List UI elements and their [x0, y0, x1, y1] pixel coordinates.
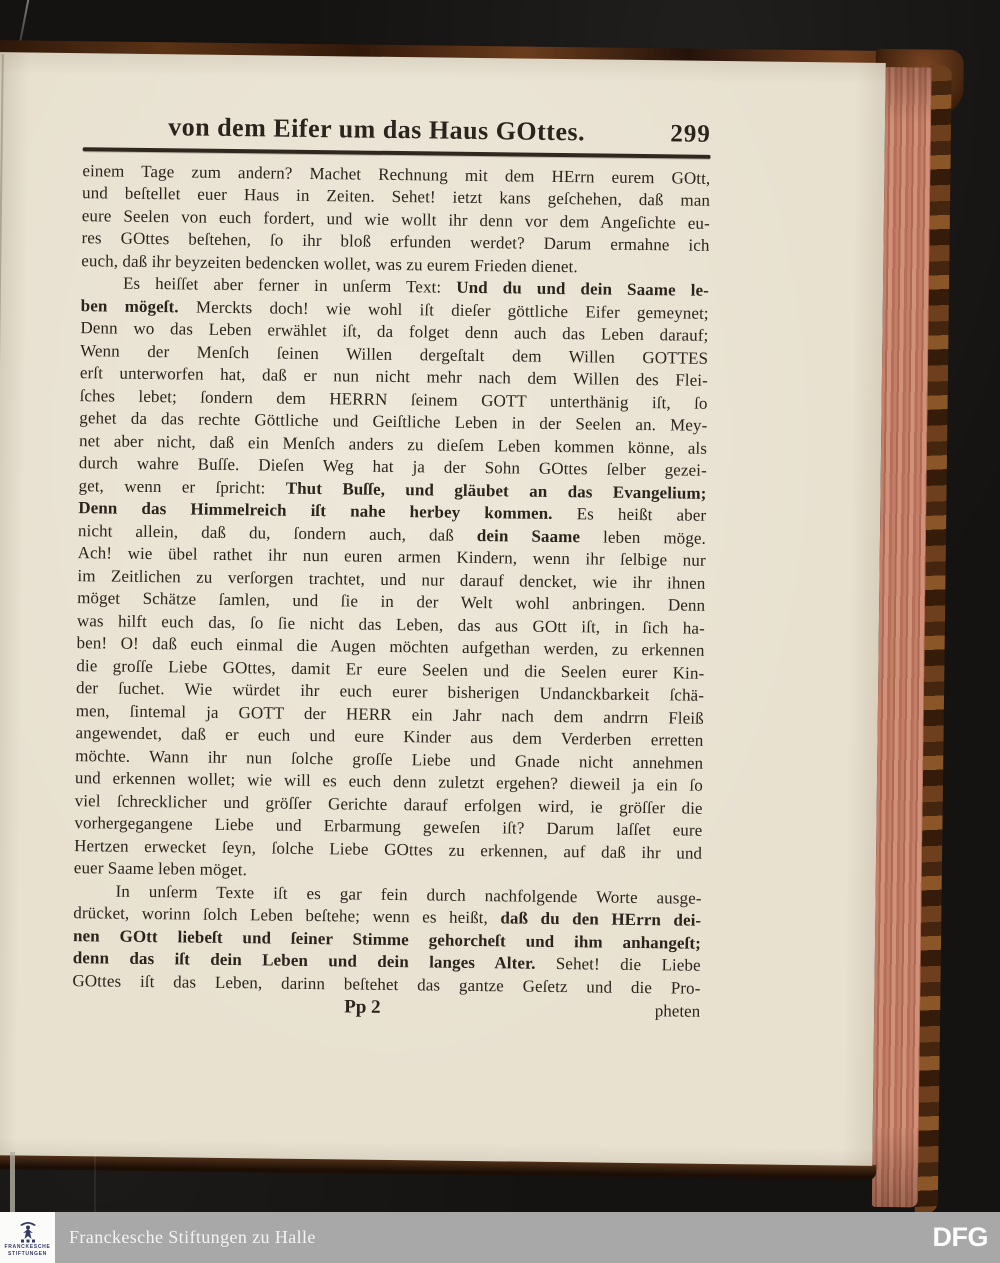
signature-mark: Pp 2 — [344, 995, 381, 1018]
catchword: pheten — [655, 999, 701, 1023]
book-page: von dem Eifer um das Haus GOttes. 299 ei… — [0, 52, 886, 1166]
page-number: 299 — [670, 120, 711, 148]
institution-title: Franckesche Stiftungen zu Halle — [69, 1227, 316, 1248]
header-rule — [83, 147, 711, 158]
franckesche-logo-icon — [16, 1219, 40, 1243]
scan-viewport: von dem Eifer um das Haus GOttes. 299 ei… — [0, 0, 1000, 1263]
franckesche-logo-caption-line2: STIFTUNGEN — [8, 1251, 47, 1257]
book-scan: von dem Eifer um das Haus GOttes. 299 ei… — [0, 38, 976, 1200]
footer-bar: FRANCKESCHE STIFTUNGEN Franckesche Stift… — [0, 1212, 1000, 1263]
page-content: von dem Eifer um das Haus GOttes. 299 ei… — [72, 105, 711, 1023]
page-body: einem Tage zum andern? Machet Rechnung m… — [72, 160, 710, 1000]
page-support-sliver — [10, 1152, 15, 1214]
running-header-title: von dem Eifer um das Haus GOttes. — [83, 111, 671, 148]
dfg-logo: DFG — [933, 1222, 989, 1253]
franckesche-logo-caption-line1: FRANCKESCHE — [4, 1244, 50, 1250]
franckesche-logo-box: FRANCKESCHE STIFTUNGEN — [0, 1212, 55, 1263]
running-header: von dem Eifer um das Haus GOttes. 299 — [83, 111, 711, 149]
background-seam-line — [94, 1150, 96, 1214]
